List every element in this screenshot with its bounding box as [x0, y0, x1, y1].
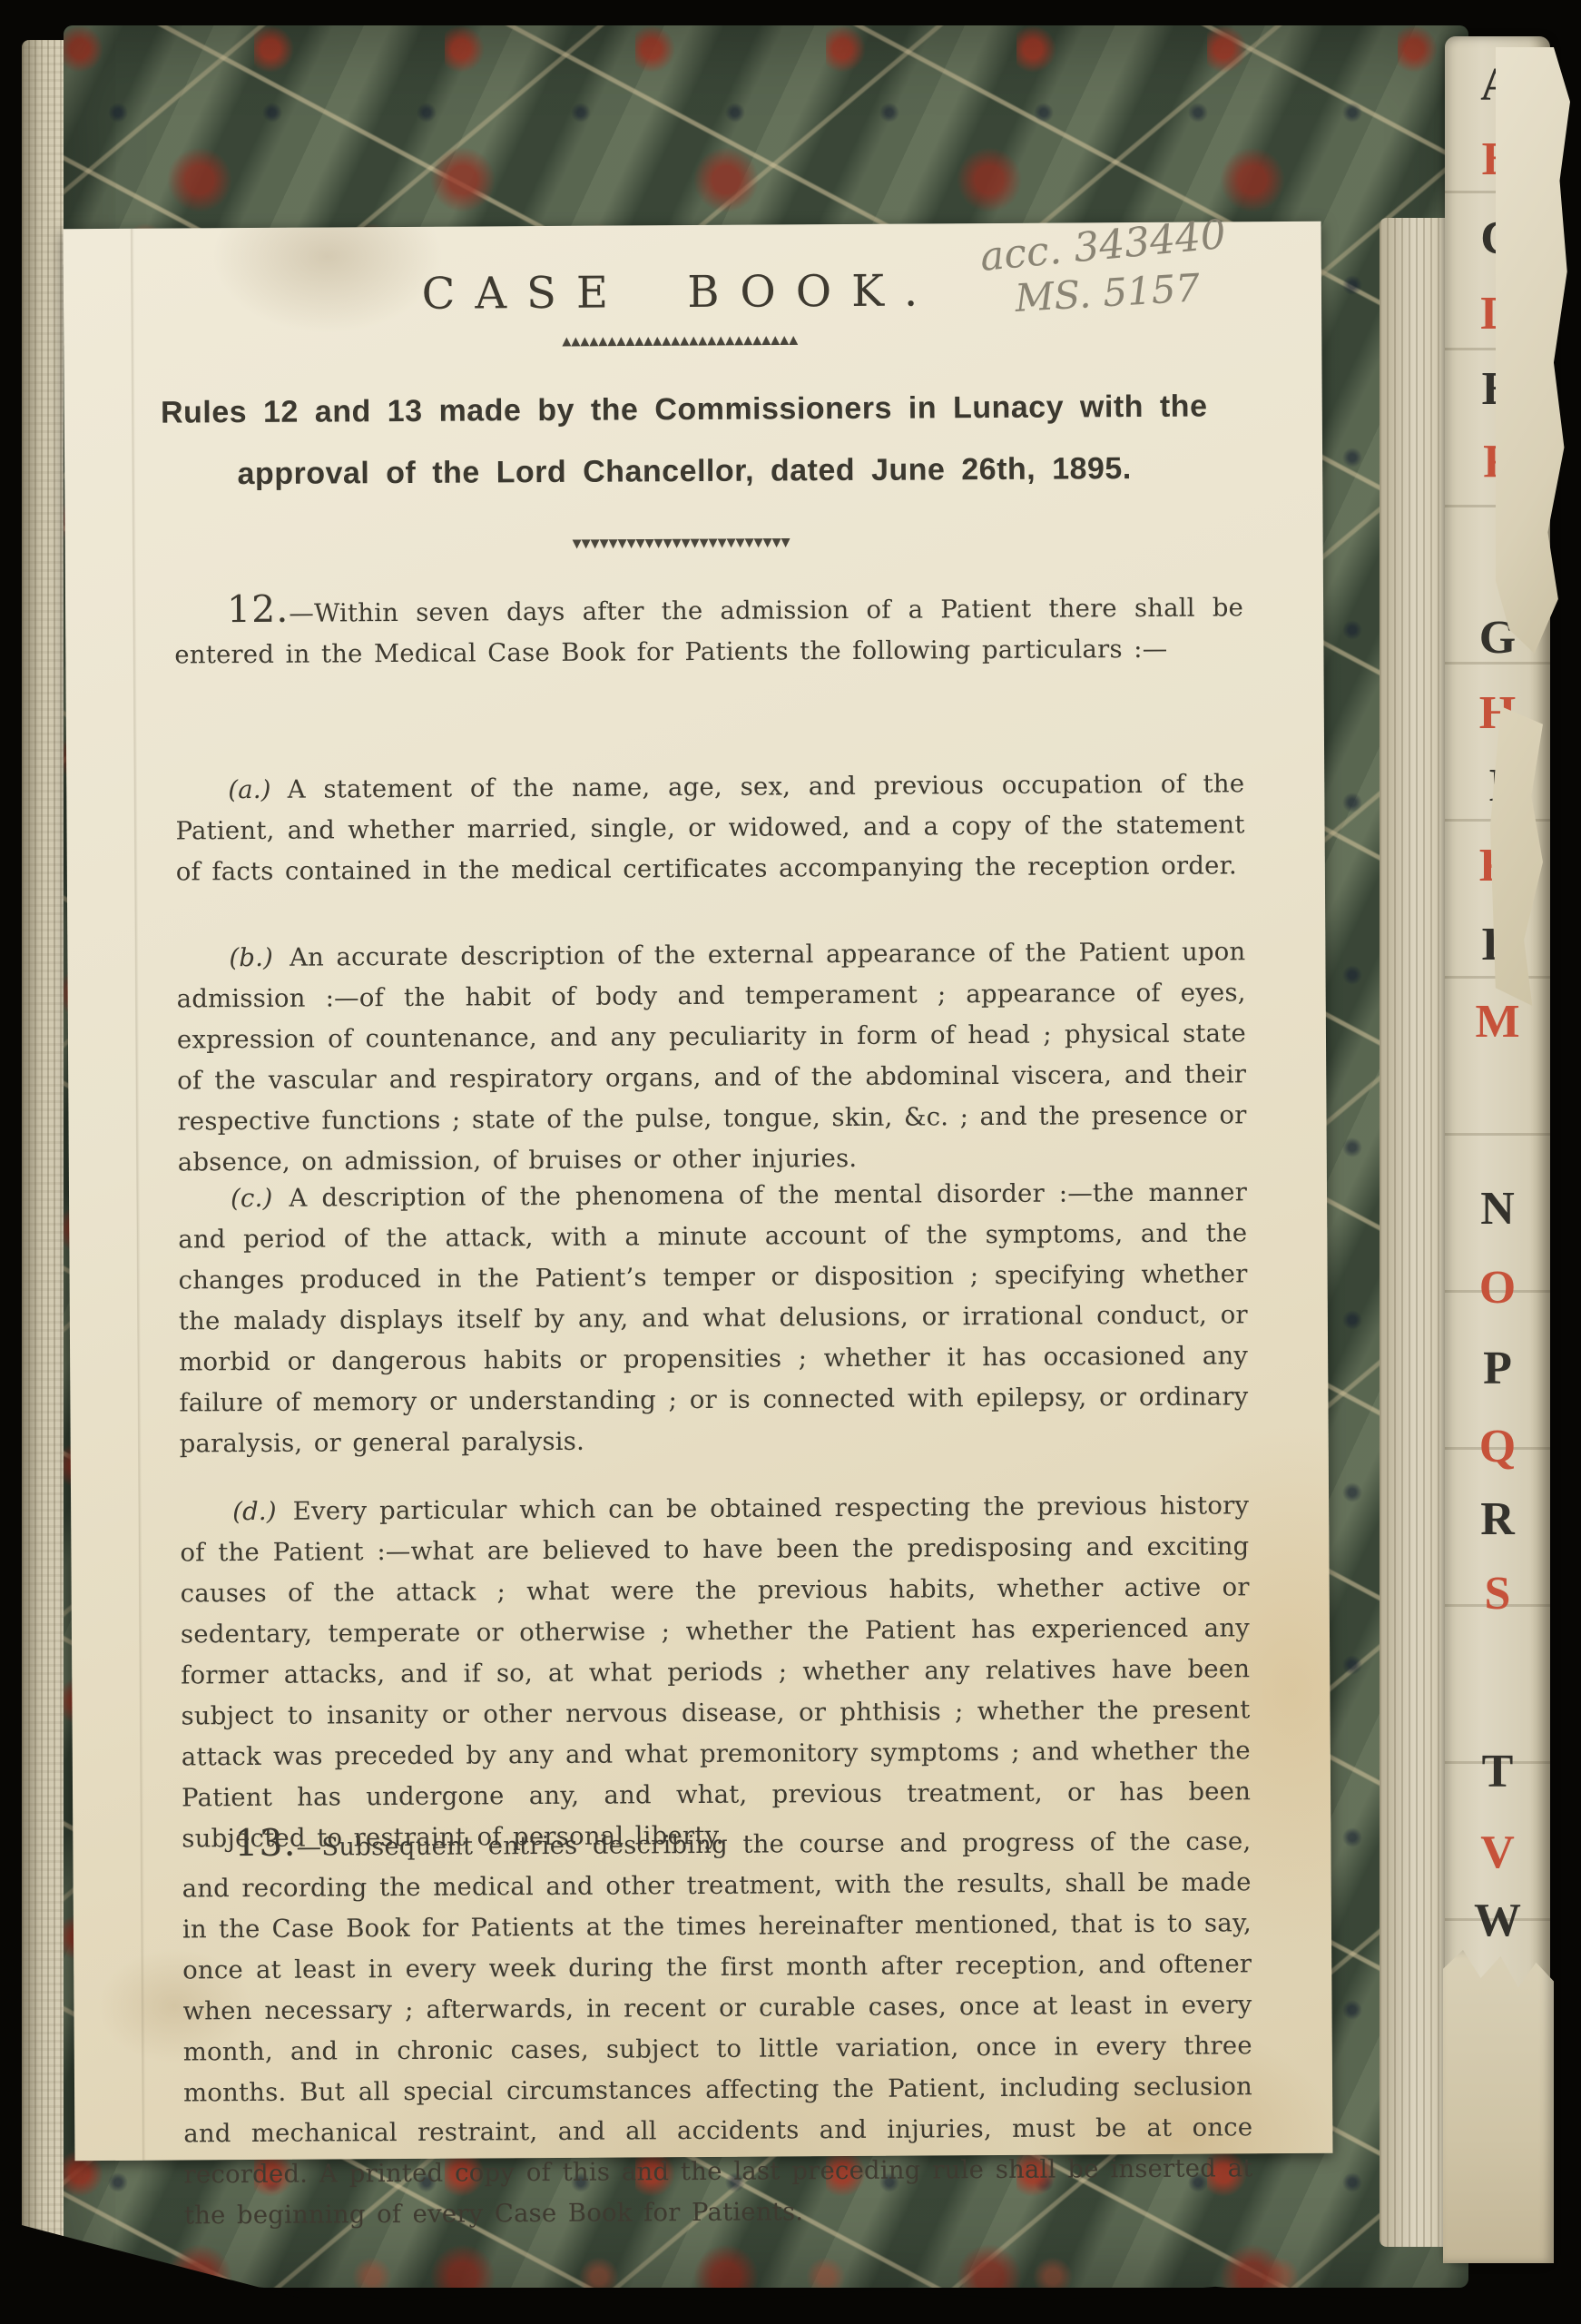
rule-12-number: 12. [227, 587, 290, 631]
index-tab-m: M [1445, 993, 1550, 1049]
rule-item-text: Every particular which can be obtained r… [180, 1491, 1251, 1853]
rule-item-text: An accurate description of the external … [177, 937, 1247, 1177]
rule-12-text: —Within seven days after the admission o… [174, 593, 1243, 669]
subtitle-line-2: approval of the Lord Chancellor, dated J… [155, 451, 1213, 493]
rule-item-label: (d.) [232, 1497, 277, 1526]
rule-item-label: (b.) [229, 943, 273, 972]
index-tab-p: P [1445, 1340, 1550, 1396]
index-tab-o: O [1445, 1259, 1550, 1315]
index-tab-r: R [1445, 1491, 1550, 1547]
index-tab-q: Q [1445, 1418, 1550, 1474]
rule-item-a: (a.)A statement of the name, age, sex, a… [175, 763, 1245, 892]
index-tab-w: W [1445, 1892, 1550, 1948]
rule-item-d: (d.)Every particular which can be obtain… [180, 1485, 1251, 1859]
case-book-photograph: acc. 343440 MS. 5157 CASE BOOK. ▲▲▲▲▲▲▲▲… [0, 0, 1581, 2324]
rule-12-paragraph: 12.—Within seven days after the admissio… [174, 583, 1244, 675]
index-tab-s: S [1445, 1565, 1550, 1621]
ornament-rule-top: ▲▲▲▲▲▲▲▲▲▲▲▲▲▲▲▲▲▲▲▲▲▲▲▲▲▲ [172, 332, 1187, 350]
page-title: CASE BOOK. [172, 264, 1187, 321]
ornament-rule-middle: ▼▼▼▼▼▼▼▼▼▼▼▼▼▼▼▼▼▼▼▼▼▼▼▼ [174, 535, 1189, 553]
rule-item-text: A description of the phenomena of the me… [178, 1177, 1248, 1458]
rule-item-text: A statement of the name, age, sex, and p… [175, 769, 1244, 886]
rule-13-paragraph: 13.—Subsequent entries describing the co… [182, 1817, 1253, 2236]
index-tab-t: T [1445, 1743, 1550, 1799]
label-content: acc. 343440 MS. 5157 CASE BOOK. ▲▲▲▲▲▲▲▲… [64, 222, 1333, 2161]
subtitle-line-1: Rules 12 and 13 made by the Commissioner… [155, 389, 1213, 431]
rule-13-text: —Subsequent entries describing the cours… [182, 1827, 1253, 2230]
damaged-tabs-area [1443, 1950, 1554, 2263]
rule-item-label: (c.) [231, 1184, 273, 1213]
printed-rules-label: acc. 343440 MS. 5157 CASE BOOK. ▲▲▲▲▲▲▲▲… [64, 222, 1333, 2161]
index-tab-v: V [1445, 1824, 1550, 1880]
index-tab-n: N [1445, 1180, 1550, 1236]
rule-item-c: (c.)A description of the phenomena of th… [178, 1172, 1249, 1464]
rule-item-label: (a.) [228, 775, 271, 804]
rule-13-number: 13. [234, 1821, 297, 1865]
torn-paper-fragment-top [1496, 47, 1570, 654]
rule-item-b: (b.)An accurate description of the exter… [176, 931, 1247, 1183]
